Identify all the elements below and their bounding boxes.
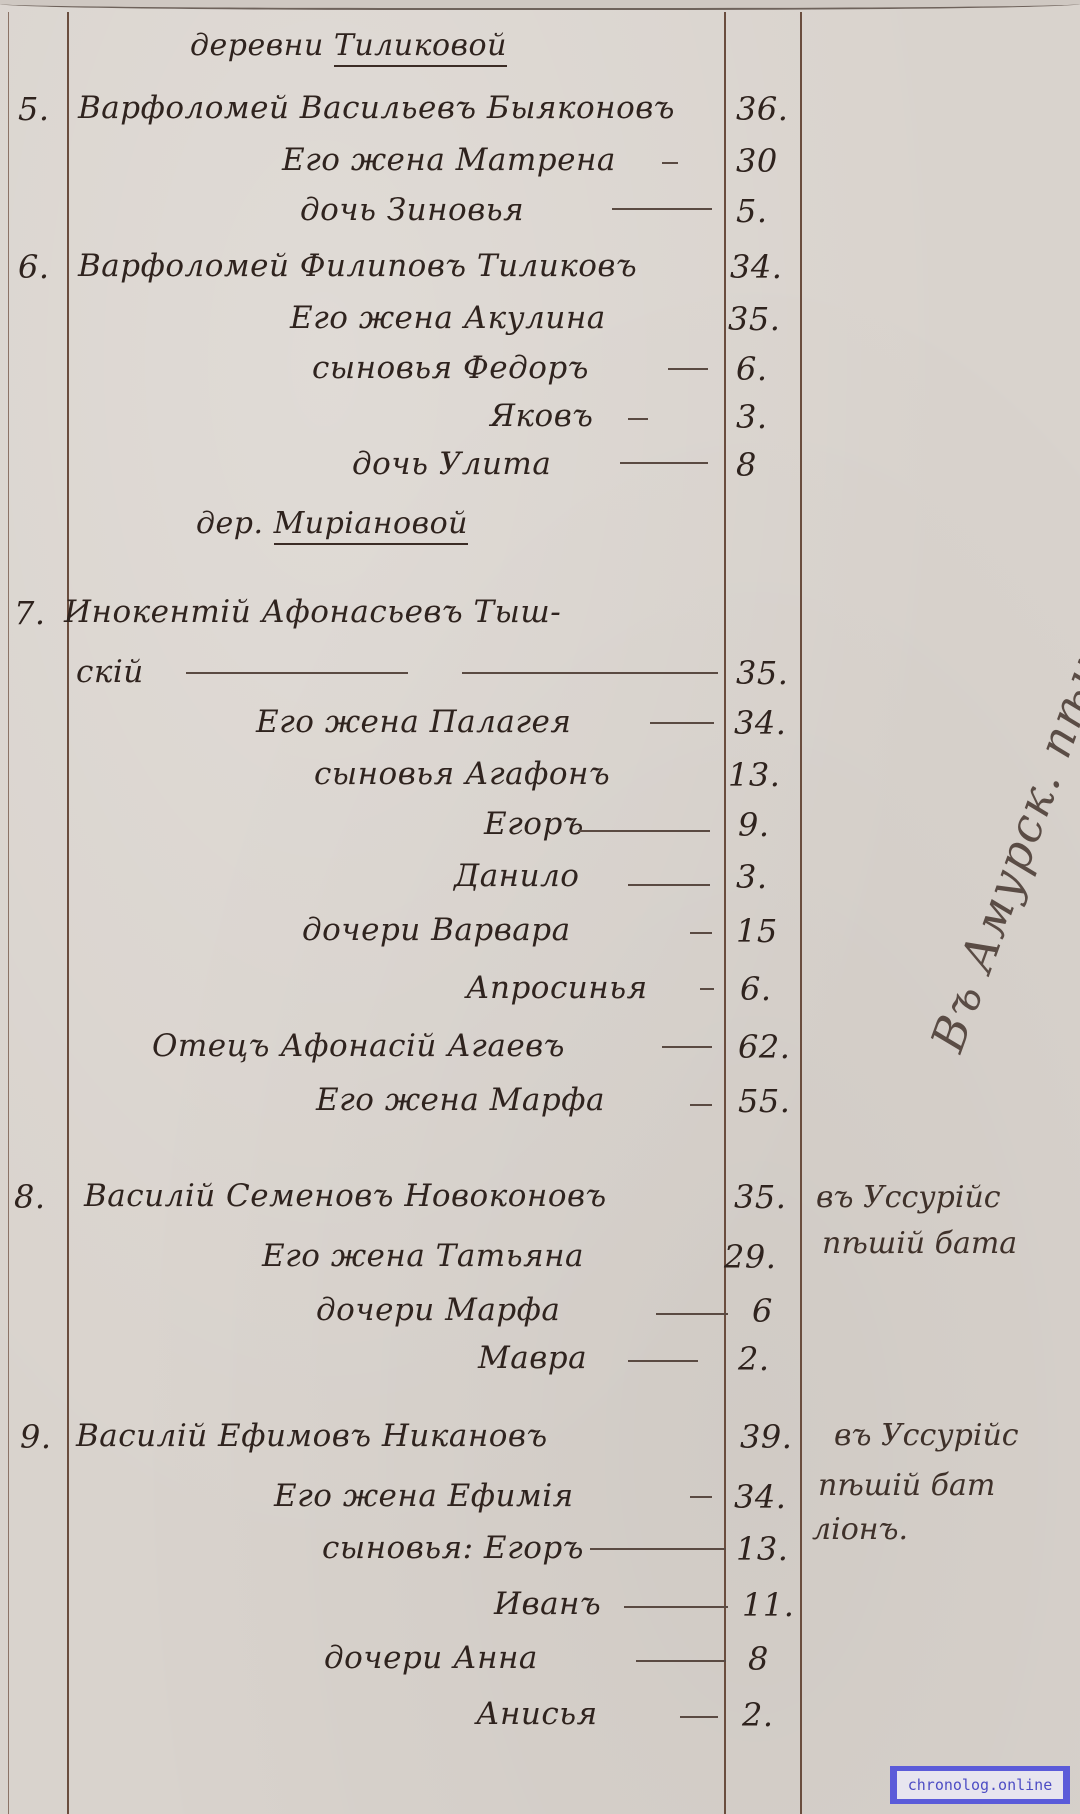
age-value: 62. <box>738 1028 790 1066</box>
age-value: 29. <box>724 1238 776 1276</box>
household-member: дочь Улита <box>352 446 551 482</box>
entry-number: 5. <box>18 90 50 128</box>
household-member: Мавра <box>478 1340 587 1376</box>
heading-prefix: деревни <box>190 28 324 63</box>
heading-prefix: дер. <box>196 506 264 541</box>
dash-line <box>628 884 710 886</box>
age-value: 34. <box>730 248 782 286</box>
age-value: 2. <box>738 1340 770 1378</box>
heading-village-name: Тиликовой <box>334 28 507 67</box>
household-member: сыновья Агафонъ <box>314 756 610 792</box>
household-member: дочери Анна <box>324 1640 538 1676</box>
section-heading-tilikovoy: деревни Тиликовой <box>190 28 507 63</box>
dash-line <box>636 1660 726 1662</box>
dash-line <box>650 722 714 724</box>
household-member: дочери Варвара <box>302 912 571 948</box>
household-member: Его жена Палагея <box>256 704 571 740</box>
household-member: Его жена Татьяна <box>262 1238 584 1274</box>
dash-line <box>624 1606 728 1608</box>
age-value: 8 <box>748 1640 769 1678</box>
household-member: дочь Зиновья <box>300 192 524 228</box>
household-head-continued: скiй <box>76 654 144 690</box>
dash-line <box>620 462 708 464</box>
household-member: Иванъ <box>494 1586 601 1622</box>
age-value: 3. <box>736 858 768 896</box>
age-value: 36. <box>736 90 788 128</box>
outer-margin-line <box>8 12 9 1814</box>
dash-line <box>628 1360 698 1362</box>
age-value: 35. <box>734 1178 786 1216</box>
dash-line <box>628 418 648 420</box>
household-member: Данило <box>454 858 579 894</box>
age-value: 55. <box>738 1082 790 1120</box>
entry-number: 6. <box>18 248 50 286</box>
dash-line <box>612 208 712 210</box>
age-value: 35. <box>728 300 780 338</box>
household-member: Апросинья <box>466 970 648 1006</box>
age-value: 5. <box>736 192 768 230</box>
number-column-line <box>67 12 69 1814</box>
dash-line <box>668 368 708 370</box>
dash-line <box>690 932 712 934</box>
dash-line <box>690 1496 712 1498</box>
dash-line <box>700 988 714 990</box>
age-value: 6. <box>736 350 768 388</box>
dash-line <box>656 1313 728 1315</box>
age-value: 3. <box>736 398 768 436</box>
remark-entry8-line1: въ Уссурiйс <box>816 1176 1001 1220</box>
household-head: Варфоломей Филиповъ Тиликовъ <box>78 248 637 284</box>
household-member: Егоръ <box>484 806 584 842</box>
dash-line <box>662 162 678 164</box>
household-head: Василiй Семеновъ Новоконовъ <box>84 1178 607 1214</box>
section-heading-mirianovoy: дер. Мирiановой <box>196 506 468 541</box>
watermark-text: chronolog.online <box>897 1771 1063 1799</box>
dash-line <box>590 1548 726 1550</box>
remark-entry9-line3: лiонъ. <box>812 1508 908 1552</box>
household-head: Варфоломей Васильевъ Быяконовъ <box>78 90 675 126</box>
age-column-left-line <box>724 12 726 1814</box>
age-value: 34. <box>734 1478 786 1516</box>
age-value: 34. <box>734 704 786 742</box>
household-member: сыновья: Егоръ <box>322 1530 584 1566</box>
heading-village-name: Мирiановой <box>274 506 468 545</box>
age-value: 15 <box>736 912 778 950</box>
household-member: Отецъ Афонасiй Агаевъ <box>152 1028 565 1064</box>
age-value: 9. <box>738 806 770 844</box>
entry-number: 7. <box>14 594 46 632</box>
age-value: 35. <box>736 654 788 692</box>
remark-entry9-line1: въ Уссурiйс <box>834 1414 1019 1458</box>
dash-line <box>690 1104 712 1106</box>
age-value: 39. <box>740 1418 792 1456</box>
dash-line <box>578 830 710 832</box>
dash-line <box>186 672 408 674</box>
age-value: 2. <box>742 1696 774 1734</box>
remark-vertical-amur-battalion: Въ Амурск. пѣш. баталiонъ <box>920 342 1080 1059</box>
age-column-right-line <box>800 12 802 1814</box>
dash-line <box>662 1046 712 1048</box>
household-member: дочери Марфа <box>316 1292 560 1328</box>
household-member: Анисья <box>476 1696 598 1732</box>
household-member: сыновья Федоръ <box>312 350 589 386</box>
age-value: 13. <box>736 1530 788 1568</box>
age-value: 11. <box>742 1586 794 1624</box>
entry-number: 8. <box>14 1178 46 1216</box>
page-top-edge <box>0 0 1080 10</box>
household-member: Его жена Марфа <box>316 1082 605 1118</box>
age-value: 30 <box>736 142 778 180</box>
dash-line <box>462 672 718 674</box>
watermark-badge: chronolog.online <box>890 1766 1070 1804</box>
household-member: Яковъ <box>490 398 593 434</box>
remark-entry8-line2: пѣшiй бата <box>822 1222 1017 1266</box>
dash-line <box>680 1716 718 1718</box>
household-head: Инокентiй Афонасьевъ Тыш- <box>64 594 561 630</box>
household-member: Его жена Ефимiя <box>274 1478 574 1514</box>
age-value: 6 <box>752 1292 773 1330</box>
household-member: Его жена Матрена <box>282 142 616 178</box>
age-value: 6. <box>740 970 772 1008</box>
entry-number: 9. <box>20 1418 52 1456</box>
household-head: Василiй Ефимовъ Никановъ <box>76 1418 548 1454</box>
age-value: 13. <box>728 756 780 794</box>
remark-entry9-line2: пѣшiй бат <box>818 1464 995 1508</box>
age-value: 8 <box>736 446 757 484</box>
household-member: Его жена Акулина <box>290 300 606 336</box>
